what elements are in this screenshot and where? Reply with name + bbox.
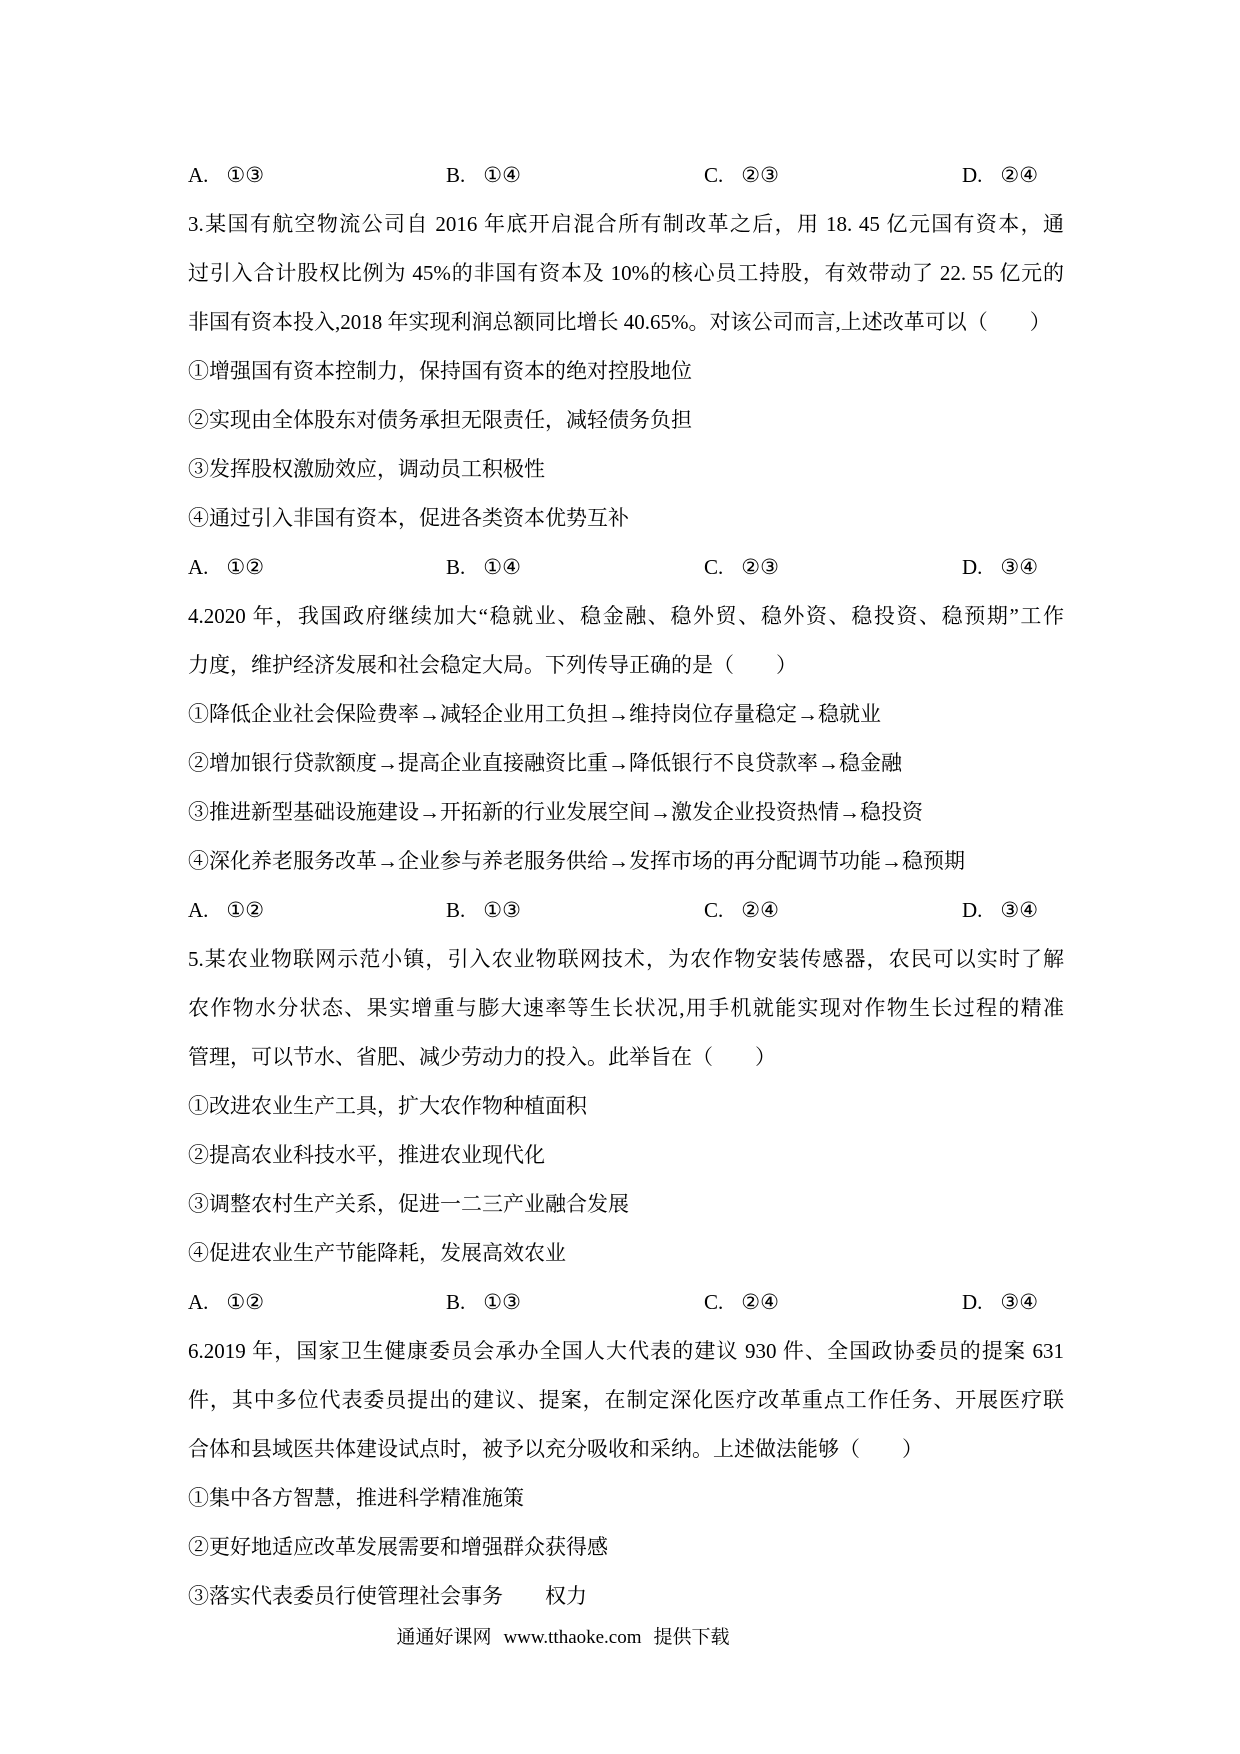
option-numbers: ①③ bbox=[226, 163, 264, 187]
footer-suffix: 提供下载 bbox=[654, 1627, 730, 1648]
question-6-text: 6.2019 年，国家卫生健康委员会承办全国人大代表的建议 930 件、全国政协… bbox=[188, 1327, 1064, 1474]
statement-item: ④深化养老服务改革→企业参与养老服务供给→发挥市场的再分配调节功能→稳预期 bbox=[188, 837, 1064, 886]
answer-options-row: A.①③ B.①④ C.②③ D.②④ bbox=[188, 151, 1064, 200]
option-numbers: ②③ bbox=[741, 163, 779, 187]
option-numbers: ③④ bbox=[1000, 898, 1038, 922]
paragraph-line: 4.2020 年，我国政府继续加大“稳就业、稳金融、稳外贸、稳外资、稳投资、稳预… bbox=[188, 592, 1064, 641]
paragraph-line: 农作物水分状态、果实增重与膨大速率等生长状况,用手机就能实现对作物生长过程的精准 bbox=[188, 984, 1064, 1033]
option-letter: D. bbox=[962, 555, 982, 579]
option-letter: C. bbox=[704, 163, 723, 187]
option-b: B.①③ bbox=[446, 886, 704, 935]
option-d: D.②④ bbox=[962, 151, 1064, 200]
paragraph-line: 5.某农业物联网示范小镇，引入农业物联网技术，为农作物安装传感器，农民可以实时了… bbox=[188, 935, 1064, 984]
statement-item: ①集中各方智慧，推进科学精准施策 bbox=[188, 1474, 1064, 1523]
option-letter: D. bbox=[962, 898, 982, 922]
paragraph-line: 过引入合计股权比例为 45%的非国有资本及 10%的核心员工持股，有效带动了 2… bbox=[188, 249, 1064, 298]
page-footer: 通通好课网www.tthaoke.com提供下载 bbox=[0, 1621, 1126, 1655]
statement-item: ③落实代表委员行使管理社会事务 权力 bbox=[188, 1572, 1064, 1621]
option-d: D.③④ bbox=[962, 543, 1064, 592]
option-numbers: ②④ bbox=[741, 898, 779, 922]
option-numbers: ①④ bbox=[483, 163, 521, 187]
answer-options-row: A.①② B.①④ C.②③ D.③④ bbox=[188, 543, 1064, 592]
option-a: A.①② bbox=[188, 1278, 446, 1327]
option-c: C.②③ bbox=[704, 543, 962, 592]
statement-item: ③推进新型基础设施建设→开拓新的行业发展空间→激发企业投资热情→稳投资 bbox=[188, 788, 1064, 837]
option-numbers: ②③ bbox=[741, 555, 779, 579]
option-letter: A. bbox=[188, 163, 208, 187]
statement-item: ②提高农业科技水平，推进农业现代化 bbox=[188, 1131, 1064, 1180]
option-letter: D. bbox=[962, 163, 982, 187]
answer-options-row: A.①② B.①③ C.②④ D.③④ bbox=[188, 886, 1064, 935]
answer-options-row: A.①② B.①③ C.②④ D.③④ bbox=[188, 1278, 1064, 1327]
option-d: D.③④ bbox=[962, 1278, 1064, 1327]
exam-content: A.①③ B.①④ C.②③ D.②④ 3.某国有航空物流公司自 2016 年底… bbox=[188, 151, 1064, 1621]
option-letter: B. bbox=[446, 555, 465, 579]
option-b: B.①④ bbox=[446, 151, 704, 200]
statement-item: ①改进农业生产工具，扩大农作物种植面积 bbox=[188, 1082, 1064, 1131]
option-letter: B. bbox=[446, 898, 465, 922]
option-numbers: ②④ bbox=[741, 1290, 779, 1314]
paragraph-line: 管理，可以节水、省肥、减少劳动力的投入。此举旨在（ ） bbox=[188, 1033, 1064, 1082]
option-numbers: ③④ bbox=[1000, 1290, 1038, 1314]
option-a: A.①③ bbox=[188, 151, 446, 200]
option-numbers: ①④ bbox=[483, 555, 521, 579]
option-numbers: ②④ bbox=[1000, 163, 1038, 187]
option-letter: A. bbox=[188, 1290, 208, 1314]
option-b: B.①④ bbox=[446, 543, 704, 592]
option-d: D.③④ bbox=[962, 886, 1064, 935]
statement-item: ②实现由全体股东对债务承担无限责任，减轻债务负担 bbox=[188, 396, 1064, 445]
option-a: A.①② bbox=[188, 543, 446, 592]
question-3-text: 3.某国有航空物流公司自 2016 年底开启混合所有制改革之后，用 18. 45… bbox=[188, 200, 1064, 347]
paragraph-line: 合体和县域医共体建设试点时，被予以充分吸收和采纳。上述做法能够（ ） bbox=[188, 1425, 1064, 1474]
option-letter: C. bbox=[704, 555, 723, 579]
option-letter: C. bbox=[704, 898, 723, 922]
question-5-text: 5.某农业物联网示范小镇，引入农业物联网技术，为农作物安装传感器，农民可以实时了… bbox=[188, 935, 1064, 1082]
option-letter: C. bbox=[704, 1290, 723, 1314]
option-letter: A. bbox=[188, 555, 208, 579]
exam-sheet: A.①③ B.①④ C.②③ D.②④ 3.某国有航空物流公司自 2016 年底… bbox=[0, 0, 1240, 1754]
option-letter: B. bbox=[446, 1290, 465, 1314]
paragraph-line: 力度，维护经济发展和社会稳定大局。下列传导正确的是（ ） bbox=[188, 641, 1064, 690]
paragraph-line: 非国有资本投入,2018 年实现利润总额同比增长 40.65%。对该公司而言,上… bbox=[188, 298, 1064, 347]
paragraph-line: 3.某国有航空物流公司自 2016 年底开启混合所有制改革之后，用 18. 45… bbox=[188, 200, 1064, 249]
option-numbers: ①③ bbox=[483, 898, 521, 922]
paragraph-line: 件，其中多位代表委员提出的建议、提案，在制定深化医疗改革重点工作任务、开展医疗联 bbox=[188, 1376, 1064, 1425]
option-c: C.②④ bbox=[704, 1278, 962, 1327]
footer-site-name: 通通好课网 bbox=[396, 1627, 491, 1648]
option-numbers: ①② bbox=[226, 898, 264, 922]
option-letter: B. bbox=[446, 163, 465, 187]
option-b: B.①③ bbox=[446, 1278, 704, 1327]
footer-url: www.tthaoke.com bbox=[503, 1627, 641, 1648]
statement-item: ②增加银行贷款额度→提高企业直接融资比重→降低银行不良贷款率→稳金融 bbox=[188, 739, 1064, 788]
option-c: C.②④ bbox=[704, 886, 962, 935]
option-a: A.①② bbox=[188, 886, 446, 935]
statement-item: ④通过引入非国有资本，促进各类资本优势互补 bbox=[188, 494, 1064, 543]
question-4-text: 4.2020 年，我国政府继续加大“稳就业、稳金融、稳外贸、稳外资、稳投资、稳预… bbox=[188, 592, 1064, 690]
option-c: C.②③ bbox=[704, 151, 962, 200]
statement-item: ④促进农业生产节能降耗，发展高效农业 bbox=[188, 1229, 1064, 1278]
option-numbers: ①② bbox=[226, 555, 264, 579]
statement-item: ②更好地适应改革发展需要和增强群众获得感 bbox=[188, 1523, 1064, 1572]
paragraph-line: 6.2019 年，国家卫生健康委员会承办全国人大代表的建议 930 件、全国政协… bbox=[188, 1327, 1064, 1376]
option-letter: D. bbox=[962, 1290, 982, 1314]
statement-item: ①增强国有资本控制力，保持国有资本的绝对控股地位 bbox=[188, 347, 1064, 396]
statement-item: ③调整农村生产关系，促进一二三产业融合发展 bbox=[188, 1180, 1064, 1229]
statement-item: ①降低企业社会保险费率→减轻企业用工负担→维持岗位存量稳定→稳就业 bbox=[188, 690, 1064, 739]
option-letter: A. bbox=[188, 898, 208, 922]
option-numbers: ③④ bbox=[1000, 555, 1038, 579]
option-numbers: ①② bbox=[226, 1290, 264, 1314]
option-numbers: ①③ bbox=[483, 1290, 521, 1314]
statement-item: ③发挥股权激励效应，调动员工积极性 bbox=[188, 445, 1064, 494]
